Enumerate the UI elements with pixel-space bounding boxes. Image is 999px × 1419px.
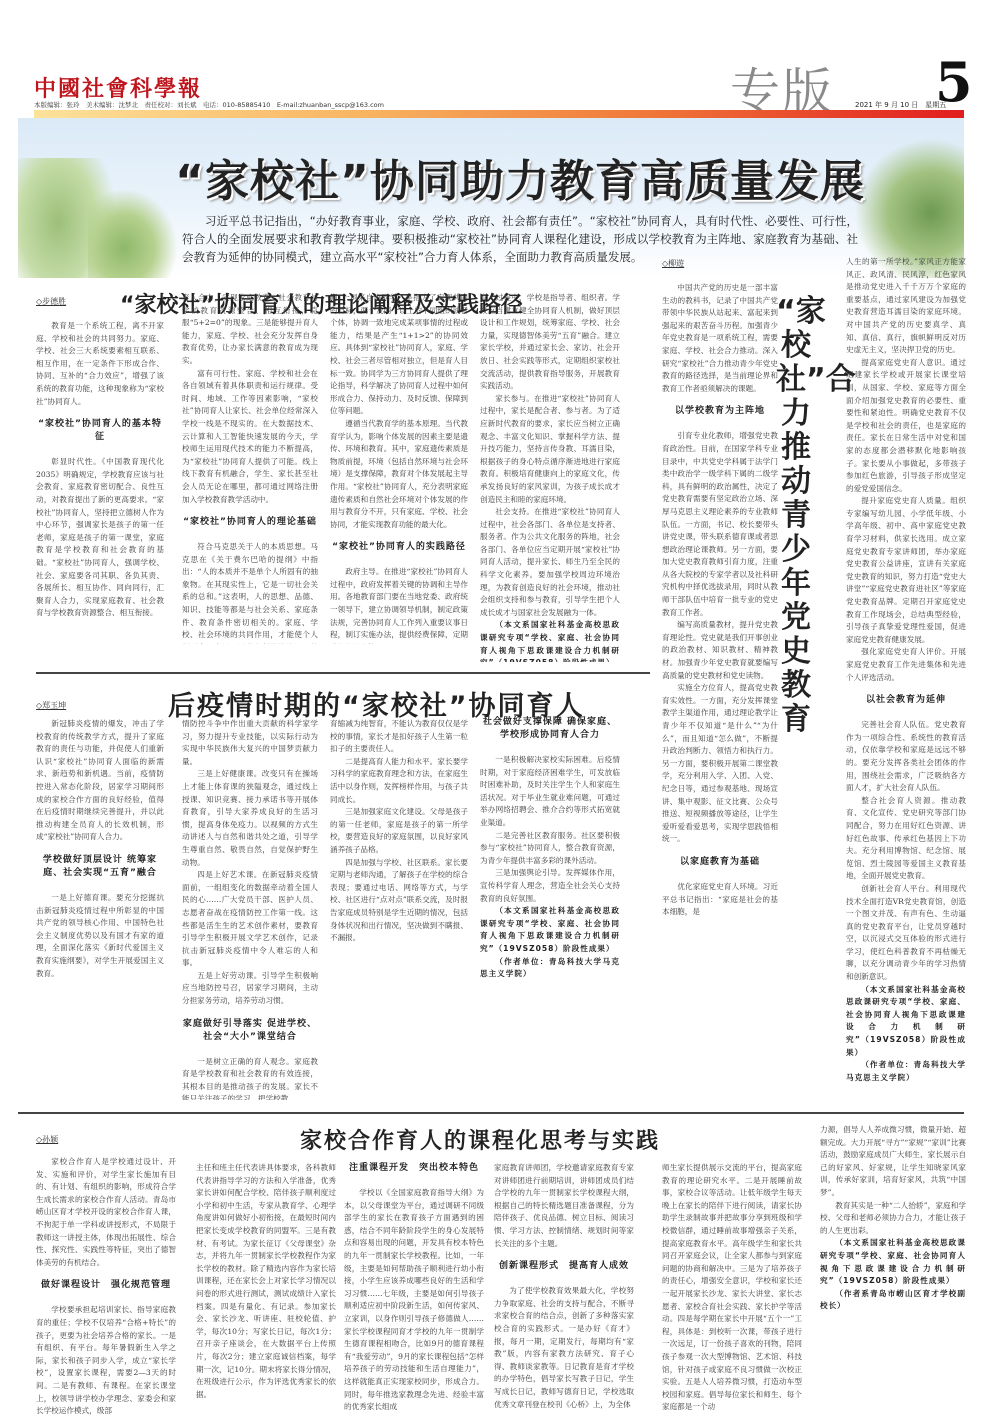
subheading: 以社会教育为延伸	[846, 694, 966, 707]
header-gradient-bar	[34, 110, 964, 118]
subheading: 以学校教育为主阵地	[662, 405, 778, 418]
funding-note: （本文系国家社科基金高校思政课研究专项“学校、家庭、社会协同育人视角下思政课建设…	[480, 905, 620, 955]
paragraph: 提升家庭党史育人质量。组织专家编写幼儿园、小学低年级、小学高年级、初中、高中家庭…	[846, 495, 966, 646]
subheading: 家庭做好引导落实 促进学校、社会“大小”课堂结合	[182, 1018, 318, 1044]
paragraph: 社会支持。在推进“家校社”协同育人过程中，社会各部门、各单位是支持者、服务者。作…	[480, 506, 620, 619]
article3-column-1: 新冠肺炎疫情的爆发，冲击了学校教育的传统教学方式，提升了家庭教育的责任与功能，并…	[36, 718, 164, 1100]
paragraph: 完善社会育人队伍。党史教育作为一项综合性、系统性的教育活动，仅依靠学校和家庭是远…	[846, 719, 966, 795]
paragraph: 力源，倡导人人养成微习惯，微量开始、超额完成。大力开展“寻方”“家规”“家训”比…	[820, 1124, 966, 1200]
page-title: “家校社”协同助力教育高质量发展	[160, 145, 880, 209]
paragraph: 家校合作育人是学校通过设计、开发、实施和评价，对学生家长施加有目的、有计划、有组…	[36, 1156, 176, 1269]
paragraph: 新冠肺炎疫情的爆发，冲击了学校教育的传统教学方式，提升了家庭教育的责任与功能，并…	[36, 718, 164, 844]
paragraph: 二是完善社区教育服务。社区要积极参与“家校社”协同育人，整合教育资源，为青少年提…	[480, 830, 620, 868]
paragraph: 四是加强与学校、社区联系。家长要定期与老师沟通，了解孩子在学校的综合表现；要通过…	[330, 857, 468, 945]
newspaper-masthead: 中國社會科學報	[34, 72, 202, 103]
paragraph: 三是加强家庭文化建设。父母是孩子的第一任老师，家庭是孩子的第一所学校，要营造良好…	[330, 806, 468, 856]
paragraph: 富有可行性。家庭、学校和社会在各自领域有着具体职责和运行规律。受时间、地域、工作…	[182, 368, 318, 507]
paragraph: 情防控斗争中作出重大贡献的科学家学习，努力提升专业技能，以实际行动为实现中华民族…	[182, 718, 318, 768]
paragraph: 整合社会育人资源。推动教育、文化宣传、党史研究等部门协同配合，努力在用好红色资源…	[846, 795, 966, 883]
article1-column-2: 育人合力，实现家庭教育、社会教育与学校教育资源整合、相互衔接，克服“5+2=0”…	[182, 292, 318, 644]
paragraph: 遵循当代教育学的基本原理。当代教育学认为，影响个体发展的因素主要是遗传、环境和教…	[330, 418, 468, 531]
paragraph: 育缩减为纯智育，不能认为教育仅仅是学校的事情，家长才是扣好孩子人生第一粒扣子的主…	[330, 718, 468, 756]
issue-date: 2021 年 9 月 10 日 星期五	[855, 100, 946, 110]
article4-byline: ◇孙颖	[36, 1134, 58, 1145]
paragraph: 三是上好健康课。改变只有在操场上才能上体育课的狭隘观念，通过线上授课、知识竞赛、…	[182, 768, 318, 869]
paragraph: 彰显时代性。《中国教育现代化2035》明确规定，学校教育应该与社会教育、家庭教育…	[36, 456, 164, 620]
paragraph: 创新社会育人平台。利用现代技术全面打造VR党史教育馆，创造一个图文并茂、有声有色…	[846, 883, 966, 984]
paragraph: 五是上好劳动课。引导学生积极响应当地防控号召，居家学习期间，主动分担家务劳动，培…	[182, 970, 318, 1008]
section-divider	[18, 1112, 964, 1114]
article1-column-4: 育人过程中，学校是指导者、组织者。学校应当建立健全协同育人机制，做好顶层设计和工…	[480, 292, 620, 662]
paragraph: 二是提高育人能力和水平。家长要学习科学的家庭教育理念和方法，在家庭生活中以身作则…	[330, 756, 468, 806]
subheading: “家校社”协同育人的理论基础	[182, 516, 318, 529]
author-affiliation: （作者单位：青岛科技大学马克思主义学院）	[846, 1059, 966, 1084]
subheading: 注重课程开发 突出校本特色	[344, 1162, 484, 1175]
subheading: “家校社”协同育人的实践路径	[330, 541, 468, 554]
author-affiliation: （作者单位：青岛科技大学马克思主义学院）	[480, 956, 620, 981]
subheading: 社会做好支撑保障 确保家庭、学校形成协同育人合力	[480, 716, 620, 742]
article4-column-3: 注重课程开发 突出校本特色 学校以《全国家庭教育指导大纲》为本，以父母课堂为平台…	[344, 1162, 484, 1416]
paragraph: 为了使学校教育效果最大化，学校努力争取家庭、社会的支持与配合，不断寻求家校合育的…	[494, 1285, 634, 1411]
article1-column-1: 教育是一个系统工程，离不开家庭、学校和社会的共同努力。家庭、学校、社会三大系统要…	[36, 320, 164, 645]
article4-column-2: 主任和班主任代表讲具体要求，各科教师代表讲指导学习的方法和入学准备，优秀家长讲如…	[196, 1162, 336, 1416]
paragraph: 教育是一个系统工程，离不开家庭、学校和社会的共同努力。家庭、学校、社会三大系统要…	[36, 320, 164, 408]
paragraph: 引育专业化教师，增强党史教育政治性。目前，在国家学科专业目录中，中共党史学科属于…	[662, 430, 778, 619]
paragraph: 四是上好艺术课。在新冠肺炎疫情面前，一组组变化的数据牵动着全国人民的心……广大党…	[182, 869, 318, 970]
subheading: 以家庭教育为基础	[662, 856, 778, 869]
article2-column-2: 人生的第一所学校。”家风正方能家风正、政风清、民风淳，红色家风是推动党史进入千千…	[846, 256, 966, 1096]
author-affiliation: （作者系青岛市崂山区育才学校副校长）	[820, 1288, 966, 1313]
article4-column-1: 家校合作育人是学校通过设计、开发、实施和评价，对学生家长施加有目的、有计划、有组…	[36, 1156, 176, 1416]
paragraph: 强化家庭党史育人评价。开展家庭党史教育工作先进集体和先进个人评选活动。	[846, 646, 966, 684]
editorial-credits: 本版编辑：张玲 美术编辑：沈梦北 责任校对：刘长斌 电话：010-8588541…	[34, 100, 384, 109]
article4-column-6: 力源，倡导人人养成微习惯，微量开始、超额完成。大力开展“寻方”“家规”“家训”比…	[820, 1124, 966, 1414]
section-divider	[36, 672, 650, 674]
article3-byline: ◇郑玉坤	[36, 700, 66, 711]
subheading: 做好课程设计 强化规范管理	[36, 1279, 176, 1292]
paragraph: 实施全方位育人，提高党史教育实效性。一方面，充分发挥课堂教学主渠道作用，通过理论…	[662, 682, 778, 846]
paragraph: 人生的第一所学校。”家风正方能家风正、政风清、民风淳，红色家风是推动党史进入千千…	[846, 256, 966, 357]
article1-byline: ◇步德胜	[36, 296, 66, 307]
paragraph: 育人过程中，学校是指导者、组织者。学校应当建立健全协同育人机制，做好顶层设计和工…	[480, 292, 620, 393]
funding-note: （本文系国家社科基金高校思政课研究专项“学校、家庭、社会协同育人视角下思政课建设…	[846, 984, 966, 1060]
paragraph: 符合马克思关于人的本质思想。马克思在《关于费尔巴哈的提纲》中指出：“人的本质并不…	[182, 541, 318, 644]
paragraph: 一是上好德育课。要充分挖掘抗击新冠肺炎疫情过程中所彰显的中国共产党的领导核心作用…	[36, 892, 164, 980]
article1-column-3: 同”一词来自协同学，是指为了实现共同的目标，两个及两个以上的不同组织或者个体，协…	[330, 292, 468, 644]
article4-column-5: 师生家长提供展示交流的平台，提高家庭教育的理论研究水平。二是开展睡前故事，家校合…	[662, 1162, 802, 1416]
subheading: 创新课程形式 提高育人成效	[494, 1260, 634, 1273]
paragraph: 主任和班主任代表讲具体要求，各科教师代表讲指导学习的方法和入学准备，优秀家长讲如…	[196, 1162, 336, 1401]
article2-vertical-title: “家校社”合力推动青少年党史教育	[776, 295, 816, 737]
article4-title: 家校合作育人的课程化思考与实践	[300, 1124, 660, 1155]
paragraph: 同”一词来自协同学，是指为了实现共同的目标，两个及两个以上的不同组织或者个体，协…	[330, 292, 468, 418]
subheading: 学校做好顶层设计 统筹家庭、社会实现“五育”融合	[36, 854, 164, 880]
paragraph: 一是树立正确的育人观念。家庭教育是学校教育和社会教育的有效连接，其根本目的是推动…	[182, 1056, 318, 1100]
paragraph: 家庭教育讲师团，学校邀请家庭教育专家对讲师团进行前期培训，讲师团成员们结合学校的…	[494, 1162, 634, 1250]
subheading: “家校社”协同育人的基本特征	[36, 418, 164, 444]
paragraph: 一是积极解决家校实际困难。后疫情时期，对于家庭经济困难学生，可发放临时困难补助，…	[480, 754, 620, 830]
paragraph: 师生家长提供展示交流的平台，提高家庭教育的理论研究水平。二是开展睡前故事，家校合…	[662, 1162, 802, 1414]
article4-column-4: 家庭教育讲师团，学校邀请家庭教育专家对讲师团进行前期培训，讲师团成员们结合学校的…	[494, 1162, 634, 1416]
paragraph: 家长参与。在推进“家校社”协同育人过程中，家长是配合者、参与者。为了适应新时代教…	[480, 393, 620, 506]
paragraph: 学校要承担起培训家长、指导家庭教育的重任；学校不仅培养“合格+特长”的孩子，更要…	[36, 1304, 176, 1416]
paragraph: 学校以《全国家庭教育指导大纲》为本，以父母课堂为平台，通过调研不同级部学生的家长…	[344, 1187, 484, 1414]
article3-column-2: 情防控斗争中作出重大贡献的科学家学习，努力提升专业技能，以实际行动为实现中华民族…	[182, 718, 318, 1100]
paragraph: 教育其实是一种“二人抬轿”，家庭和学校、父母和老师必须协力合力，才能让孩子的人生…	[820, 1200, 966, 1238]
article2-byline: ◇柳遊	[662, 258, 684, 269]
paragraph: 三是加强舆论引导。发挥媒体作用，宣传科学育人理念，营造全社会关心支持教育的良好氛…	[480, 867, 620, 905]
article2-column-1: 中国共产党的历史是一部丰富生动的教科书，记录了中国共产党带领中华民族从站起来、富…	[662, 282, 778, 1102]
funding-note: （本文系国家社科基金高校思政课研究专项“学校、家庭、社会协同育人视角下思政课建设…	[480, 619, 620, 662]
paragraph: 育人合力，实现家庭教育、社会教育与学校教育资源整合、相互衔接，克服“5+2=0”…	[182, 292, 318, 368]
funding-note: （本文系国家社科基金高校思政课研究专项“学校、家庭、社会协同育人视角下思政课建设…	[820, 1237, 966, 1287]
paragraph: 中国共产党的历史是一部丰富生动的教科书，记录了中国共产党带领中华民族从站起来、富…	[662, 282, 778, 395]
paragraph: 优化家庭党史育人环境。习近平总书记指出：“家庭是社会的基本细胞，是	[662, 881, 778, 919]
paragraph: 提高家庭党史育人意识。通过组建家长学校或开展家长课堂培训，从国家、学校、家庭等方…	[846, 357, 966, 496]
paragraph: 政府主导。在推进“家校社”协同育人过程中，政府发挥着关键的协调和主导作用。各地教…	[330, 566, 468, 644]
article3-column-3: 育缩减为纯智育，不能认为教育仅仅是学校的事情，家长才是扣好孩子人生第一粒扣子的主…	[330, 718, 468, 1100]
article3-column-4: 社会做好支撑保障 确保家庭、学校形成协同育人合力 一是积极解决家校实际困难。后疫…	[480, 716, 620, 1104]
lead-paragraph: 习近平总书记指出，“办好教育事业，家庭、学校、政府、社会都有责任”。“家校社”协…	[182, 212, 858, 266]
paragraph: 编写高质量教材，提升党史教育理论性。党史就是我们开事创业的政治教材、知识教材、精…	[662, 619, 778, 682]
